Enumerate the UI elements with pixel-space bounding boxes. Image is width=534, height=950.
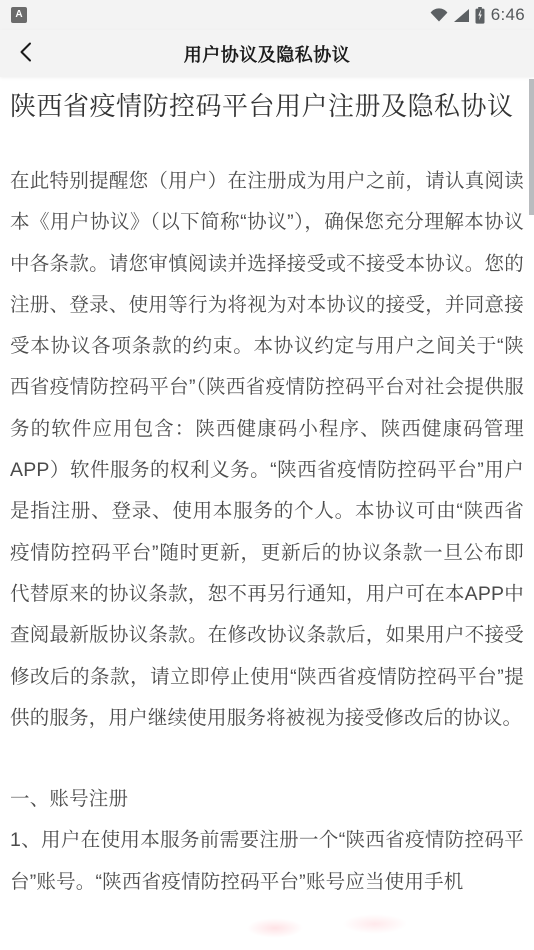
scrollbar-thumb[interactable] xyxy=(529,79,534,215)
agreement-title: 陕西省疫情防控码平台用户注册及隐私协议 xyxy=(10,89,524,123)
clock-time: 6:46 xyxy=(491,5,525,25)
section-item-1: 1、用户在使用本服务前需要注册一个“陕西省疫情防控码平台”账号。“陕西省疫情防控… xyxy=(10,820,524,903)
app-header: 用户协议及隐私协议 xyxy=(0,30,534,77)
agreement-intro-paragraph: 在此特别提醒您（用户）在注册成为用户之前，请认真阅读本《用户协议》（以下简称“协… xyxy=(10,161,524,739)
status-bar-right: 6:46 xyxy=(430,5,525,25)
page-title: 用户协议及隐私协议 xyxy=(184,41,351,67)
back-chevron-icon xyxy=(18,41,34,66)
wifi-icon xyxy=(430,8,448,22)
battery-charging-icon xyxy=(475,7,485,24)
phone-screen: A 6:46 xyxy=(0,0,534,950)
cellular-signal-icon xyxy=(454,9,469,22)
watermark xyxy=(215,900,435,946)
status-bar-left: A xyxy=(11,7,27,23)
status-bar: A 6:46 xyxy=(0,0,534,30)
agreement-content[interactable]: 陕西省疫情防控码平台用户注册及隐私协议 在此特别提醒您（用户）在注册成为用户之前… xyxy=(0,77,534,903)
notification-app-icon: A xyxy=(11,7,27,23)
back-button[interactable] xyxy=(8,30,44,77)
section-heading-account-registration: 一、账号注册 xyxy=(10,779,524,820)
